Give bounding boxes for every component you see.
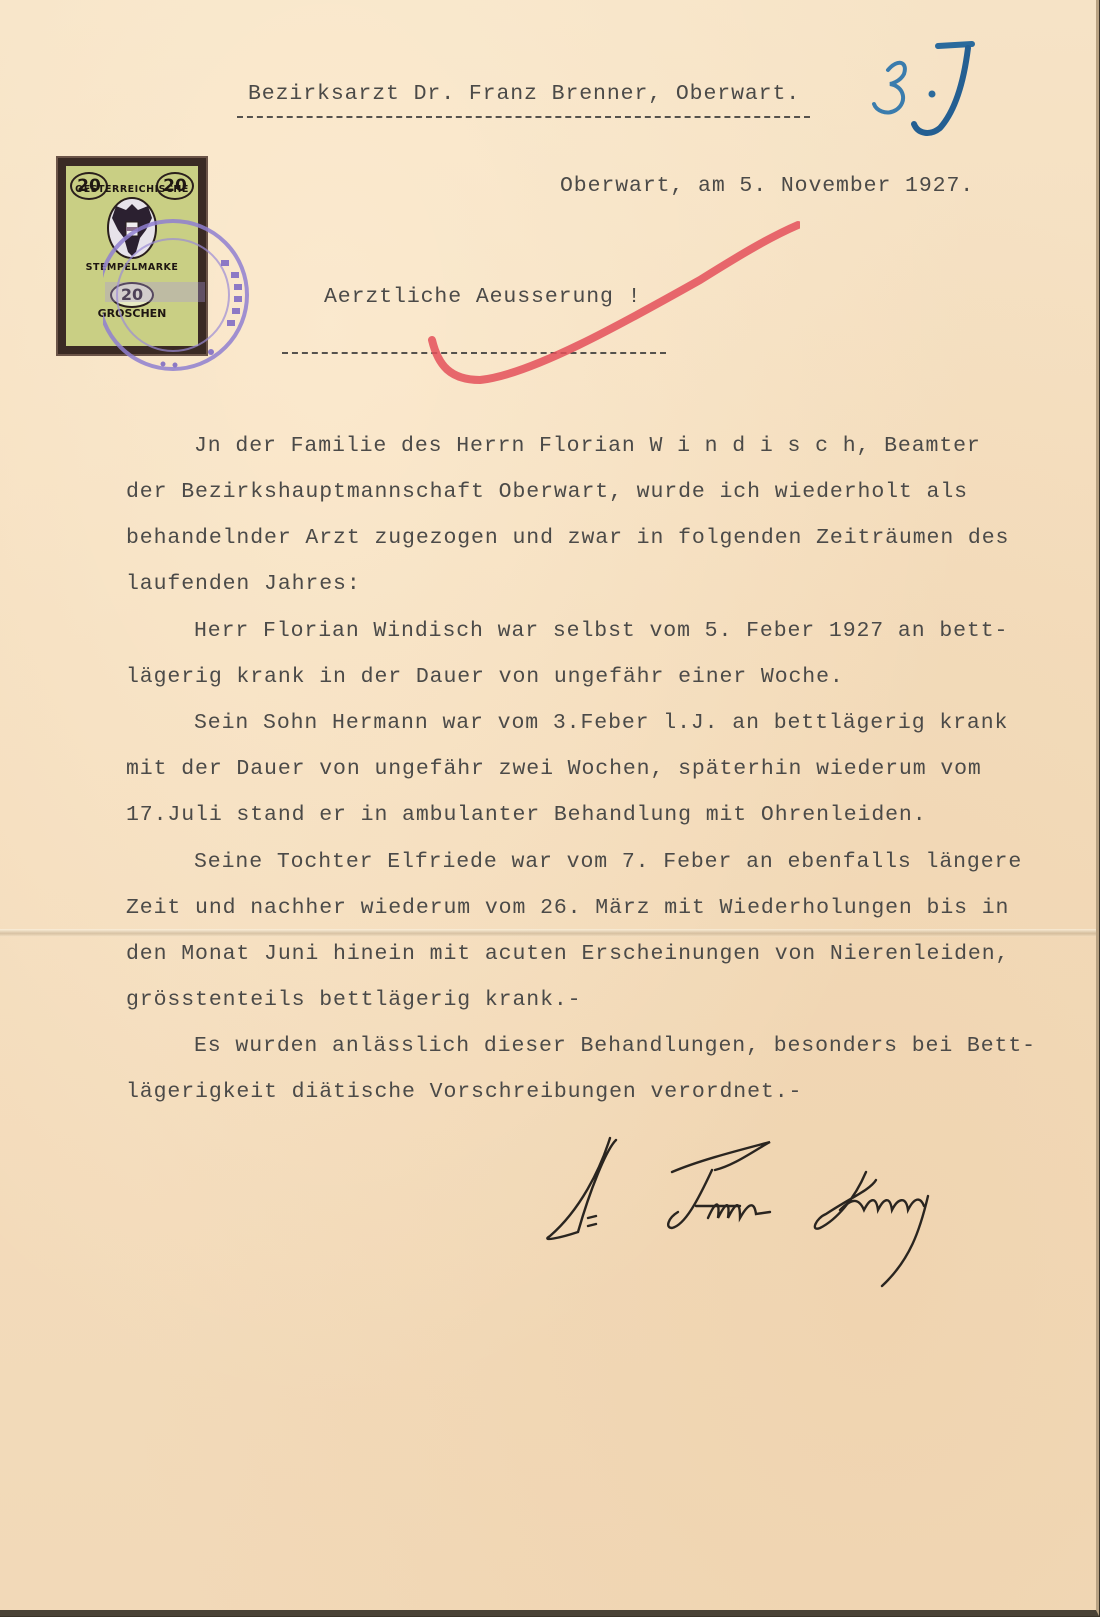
stamp-arc-top-text: OESTERREICHISCHE: [66, 184, 198, 195]
body-line: lägerigkeit diätische Vorschreibungen ve…: [126, 1082, 802, 1104]
blue-pencil-annotation-icon: [860, 30, 990, 140]
letterhead: Bezirksarzt Dr. Franz Brenner, Oberwart.: [248, 84, 800, 106]
body-line: behandelnder Arzt zugezogen und zwar in …: [126, 528, 1009, 550]
body-line: 17.Juli stand er in ambulanter Behandlun…: [126, 805, 927, 827]
body-line: lägerig krank in der Dauer von ungefähr …: [126, 667, 844, 689]
body-line: Sein Sohn Hermann war vom 3.Feber l.J. a…: [194, 713, 1008, 735]
body-line: mit der Dauer von ungefähr zwei Wochen, …: [126, 759, 982, 781]
body-line: grösstenteils bettlägerig krank.-: [126, 990, 581, 1012]
body-line: Zeit und nachher wiederum vom 26. März m…: [126, 898, 1009, 920]
body-line: Herr Florian Windisch war selbst vom 5. …: [194, 621, 1008, 643]
place-and-date: Oberwart, am 5. November 1927.: [560, 176, 974, 198]
official-round-seal-icon: [103, 212, 253, 378]
body-line: den Monat Juni hinein mit acuten Erschei…: [126, 944, 1009, 966]
body-line: Seine Tochter Elfriede war vom 7. Feber …: [194, 852, 1022, 874]
body-line: Es wurden anlässlich dieser Behandlungen…: [194, 1036, 1036, 1058]
handwritten-signature-icon: [520, 1110, 980, 1290]
paper-fold-crease: [0, 929, 1096, 937]
letter-page: Bezirksarzt Dr. Franz Brenner, Oberwart.…: [0, 0, 1099, 1616]
red-pencil-checkmark-icon: [400, 215, 800, 395]
letterhead-underline: [237, 116, 810, 118]
body-line: Jn der Familie des Herrn Florian W i n d…: [194, 436, 981, 458]
body-line: der Bezirkshauptmannschaft Oberwart, wur…: [126, 482, 968, 504]
body-line: laufenden Jahres:: [126, 574, 361, 596]
